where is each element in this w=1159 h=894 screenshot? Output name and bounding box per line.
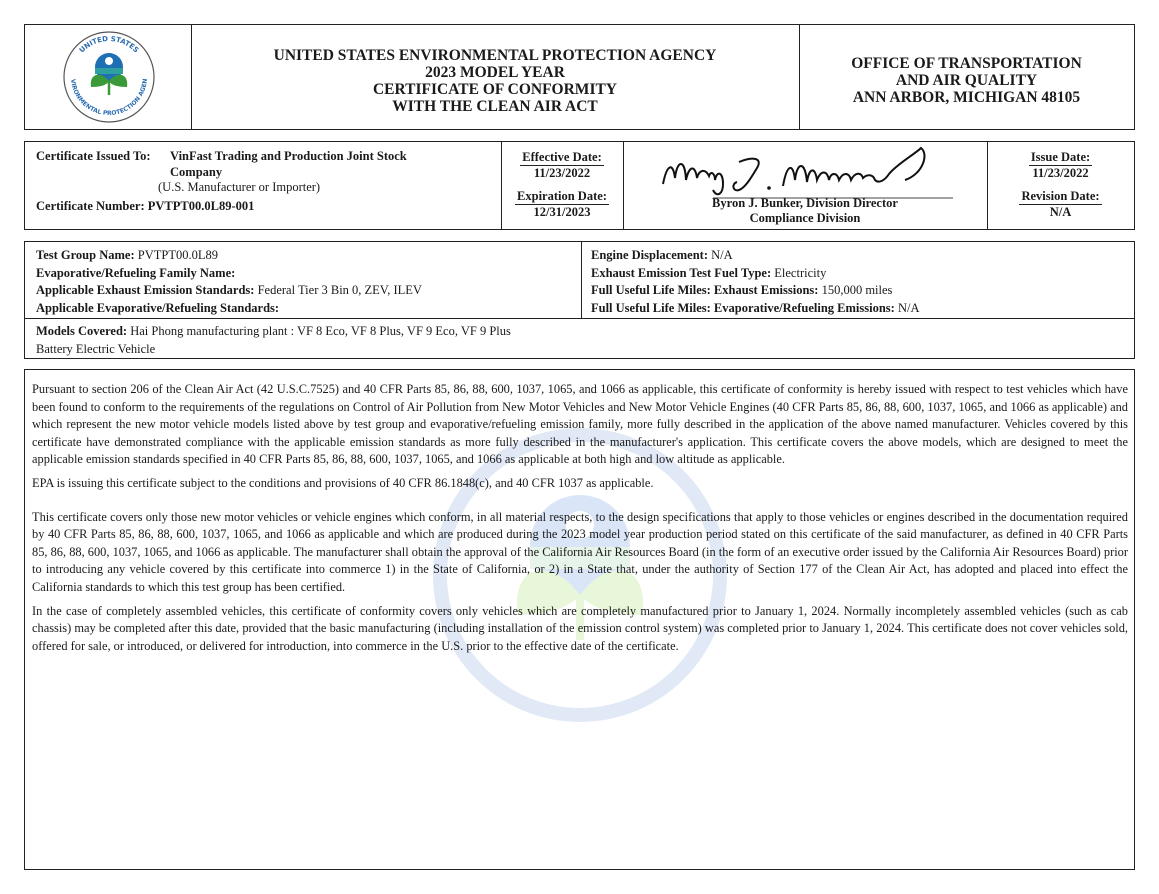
office-cell: OFFICE OF TRANSPORTATION AND AIR QUALITY… (799, 25, 1134, 129)
issue-date: 11/23/2022 (987, 166, 1134, 181)
paragraph-conditions: EPA is issuing this certificate subject … (32, 475, 1128, 493)
fuel-type-row: Exhaust Emission Test Fuel Type: Electri… (591, 265, 919, 283)
logo-cell: UNITED STATES ENVIRONMENTAL PROTECTION A… (25, 25, 192, 129)
paragraph-authority: Pursuant to section 206 of the Clean Air… (32, 381, 1128, 469)
issued-to-label: Certificate Issued To: (36, 149, 151, 163)
paragraph-coverage: This certificate covers only those new m… (32, 509, 1128, 597)
title-cell: UNITED STATES ENVIRONMENTAL PROTECTION A… (191, 25, 800, 129)
models-covered-label: Models Covered: (36, 324, 127, 338)
engine-displacement-row: Engine Displacement: N/A (591, 247, 919, 265)
certificate-number: PVTPT00.0L89-001 (148, 199, 255, 213)
test-group-section: Test Group Name: PVTPT00.0L89 Evaporativ… (24, 241, 1135, 359)
certificate-body: Pursuant to section 206 of the Clean Air… (24, 369, 1135, 870)
paragraph-assembly: In the case of completely assembled vehi… (32, 603, 1128, 656)
expiration-date: 12/31/2023 (501, 205, 623, 220)
exhaust-standards-row: Applicable Exhaust Emission Standards: F… (36, 282, 422, 300)
test-group-details: Test Group Name: PVTPT00.0L89 Evaporativ… (25, 242, 1134, 319)
signature-cell: Byron J. Bunker, Division Director Compl… (623, 142, 988, 229)
certificate-info: Certificate Issued To: VinFast Trading a… (24, 141, 1135, 230)
signatory-name: Byron J. Bunker, Division Director (623, 196, 987, 211)
expiration-date-label: Expiration Date: (515, 189, 609, 205)
evap-standards-row: Applicable Evaporative/Refueling Standar… (36, 300, 422, 318)
revision-date-label: Revision Date: (1019, 189, 1101, 205)
signature-icon (653, 144, 973, 202)
column-divider (581, 242, 582, 318)
epa-seal-icon: UNITED STATES ENVIRONMENTAL PROTECTION A… (61, 29, 157, 125)
issue-dates-cell: Issue Date: 11/23/2022 Revision Date: N/… (987, 142, 1134, 229)
revision-date: N/A (987, 205, 1134, 220)
effective-date-label: Effective Date: (520, 150, 603, 166)
certificate-header: UNITED STATES ENVIRONMENTAL PROTECTION A… (24, 24, 1135, 130)
certificate-number-label: Certificate Number: (36, 199, 145, 213)
issue-date-label: Issue Date: (1029, 150, 1092, 166)
issued-to-role: (U.S. Manufacturer or Importer) (158, 179, 320, 195)
models-covered-value: Hai Phong manufacturing plant : VF 8 Eco… (130, 324, 511, 338)
evap-family-row: Evaporative/Refueling Family Name: (36, 265, 422, 283)
test-group-name-row: Test Group Name: PVTPT00.0L89 (36, 247, 422, 265)
office-address: OFFICE OF TRANSPORTATION AND AIR QUALITY… (799, 55, 1134, 106)
dates-cell: Effective Date: 11/23/2022 Expiration Da… (501, 142, 624, 229)
exhaust-life-miles-row: Full Useful Life Miles: Exhaust Emission… (591, 282, 919, 300)
certificate-title: UNITED STATES ENVIRONMENTAL PROTECTION A… (191, 47, 799, 115)
issued-to-cell: Certificate Issued To: VinFast Trading a… (25, 142, 502, 229)
test-group-left: Test Group Name: PVTPT00.0L89 Evaporativ… (36, 247, 422, 317)
evap-life-miles-row: Full Useful Life Miles: Evaporative/Refu… (591, 300, 919, 318)
signatory-division: Compliance Division (623, 211, 987, 226)
certificate-text: Pursuant to section 206 of the Clean Air… (32, 381, 1128, 661)
test-group-right: Engine Displacement: N/A Exhaust Emissio… (591, 247, 919, 317)
vehicle-type: Battery Electric Vehicle (36, 340, 511, 358)
effective-date: 11/23/2022 (501, 166, 623, 181)
models-covered: Models Covered: Hai Phong manufacturing … (36, 322, 511, 358)
issued-to-name: VinFast Trading and Production Joint Sto… (170, 148, 407, 164)
